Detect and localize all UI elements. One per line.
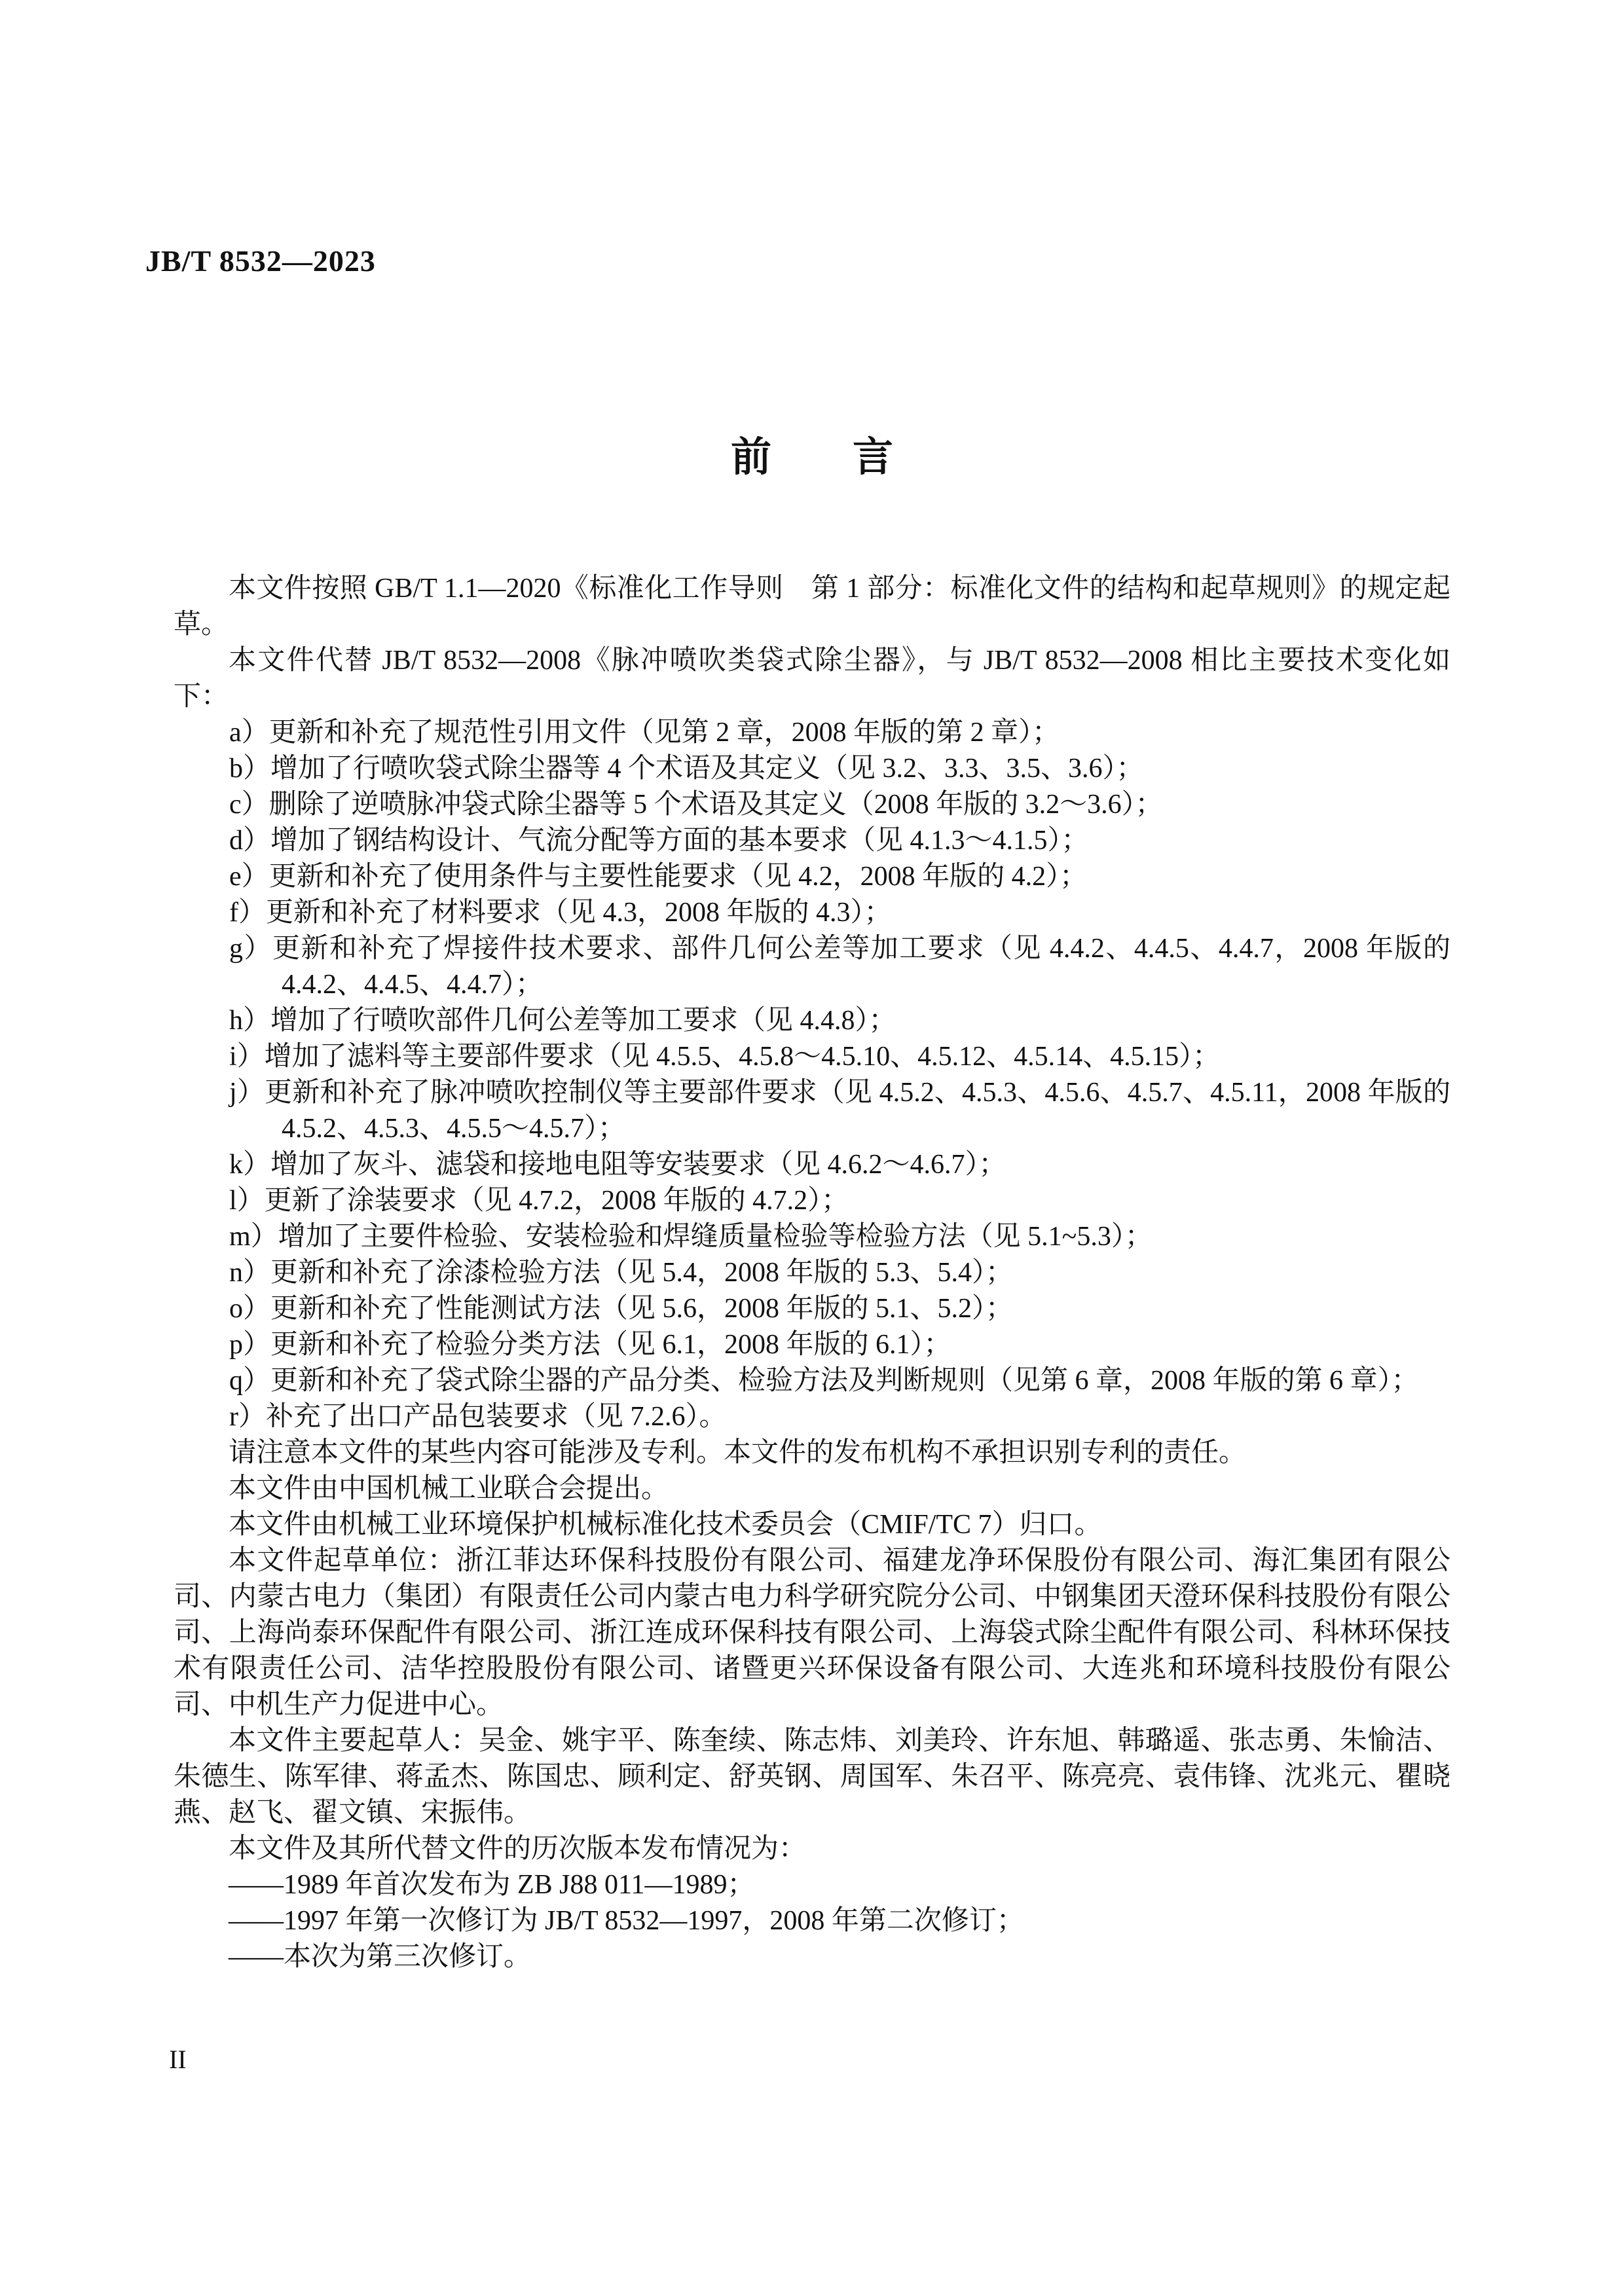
foreword-paragraph-proposed: 本文件由中国机械工业联合会提出。 — [174, 1471, 1450, 1507]
change-item: i）增加了滤料等主要部件要求（见 4.5.5、4.5.8～4.5.10、4.5.… — [174, 1039, 1450, 1075]
change-item: p）更新和补充了检验分类方法（见 6.1，2008 年版的 6.1）； — [174, 1327, 1450, 1363]
change-item: d）增加了钢结构设计、气流分配等方面的基本要求（见 4.1.3～4.1.5）； — [174, 823, 1450, 859]
foreword-paragraph-drafters: 本文件主要起草人：吴金、姚宇平、陈奎续、陈志炜、刘美玲、许东旭、韩璐遥、张志勇、… — [174, 1723, 1450, 1831]
page-title: 前 言 — [0, 424, 1624, 483]
foreword-paragraph-basis: 本文件按照 GB/T 1.1—2020《标准化工作导则 第 1 部分：标准化文件… — [174, 571, 1450, 643]
history-item: ——本次为第三次修订。 — [174, 1939, 1450, 1975]
change-item: c）删除了逆喷脉冲袋式除尘器等 5 个术语及其定义（2008 年版的 3.2～3… — [174, 787, 1450, 823]
foreword-paragraph-patent: 请注意本文件的某些内容可能涉及专利。本文件的发布机构不承担识别专利的责任。 — [174, 1435, 1450, 1471]
foreword-paragraph-history-intro: 本文件及其所代替文件的历次版本发布情况为： — [174, 1831, 1450, 1867]
change-item: e）更新和补充了使用条件与主要性能要求（见 4.2，2008 年版的 4.2）； — [174, 859, 1450, 895]
history-item: ——1989 年首次发布为 ZB J88 011—1989； — [174, 1867, 1450, 1903]
change-item: r）补充了出口产品包装要求（见 7.2.6）。 — [174, 1399, 1450, 1435]
page-number: II — [169, 2044, 187, 2075]
change-item: k）增加了灰斗、滤袋和接地电阻等安装要求（见 4.6.2～4.6.7）； — [174, 1147, 1450, 1183]
change-item: b）增加了行喷吹袋式除尘器等 4 个术语及其定义（见 3.2、3.3、3.5、3… — [174, 751, 1450, 787]
doc-number: JB/T 8532—2023 — [145, 244, 376, 278]
change-item: q）更新和补充了袋式除尘器的产品分类、检验方法及判断规则（见第 6 章，2008… — [174, 1363, 1450, 1399]
foreword-paragraph-drafting-units: 本文件起草单位：浙江菲达环保科技股份有限公司、福建龙净环保股份有限公司、海汇集团… — [174, 1543, 1450, 1723]
change-item: m）增加了主要件检验、安装检验和焊缝质量检验等检验方法（见 5.1~5.3）； — [174, 1219, 1450, 1255]
change-item: n）更新和补充了涂漆检验方法（见 5.4，2008 年版的 5.3、5.4）； — [174, 1255, 1450, 1291]
foreword-content: 本文件按照 GB/T 1.1—2020《标准化工作导则 第 1 部分：标准化文件… — [174, 571, 1450, 1975]
change-item: h）增加了行喷吹部件几何公差等加工要求（见 4.4.8）； — [174, 1003, 1450, 1039]
change-item: g）更新和补充了焊接件技术要求、部件几何公差等加工要求（见 4.4.2、4.4.… — [174, 931, 1450, 1003]
history-item: ——1997 年第一次修订为 JB/T 8532—1997，2008 年第二次修… — [174, 1903, 1450, 1939]
change-item: f）更新和补充了材料要求（见 4.3，2008 年版的 4.3）； — [174, 895, 1450, 931]
document-page: JB/T 8532—2023 前 言 本文件按照 GB/T 1.1—2020《标… — [0, 0, 1624, 2296]
change-item: j）更新和补充了脉冲喷吹控制仪等主要部件要求（见 4.5.2、4.5.3、4.5… — [174, 1075, 1450, 1147]
change-item: o）更新和补充了性能测试方法（见 5.6，2008 年版的 5.1、5.2）； — [174, 1291, 1450, 1327]
change-item: l）更新了涂装要求（见 4.7.2，2008 年版的 4.7.2）； — [174, 1183, 1450, 1219]
foreword-paragraph-replace: 本文件代替 JB/T 8532—2008《脉冲喷吹类袋式除尘器》，与 JB/T … — [174, 643, 1450, 715]
foreword-paragraph-centralized: 本文件由机械工业环境保护机械标准化技术委员会（CMIF/TC 7）归口。 — [174, 1507, 1450, 1543]
change-item: a）更新和补充了规范性引用文件（见第 2 章，2008 年版的第 2 章）； — [174, 715, 1450, 751]
